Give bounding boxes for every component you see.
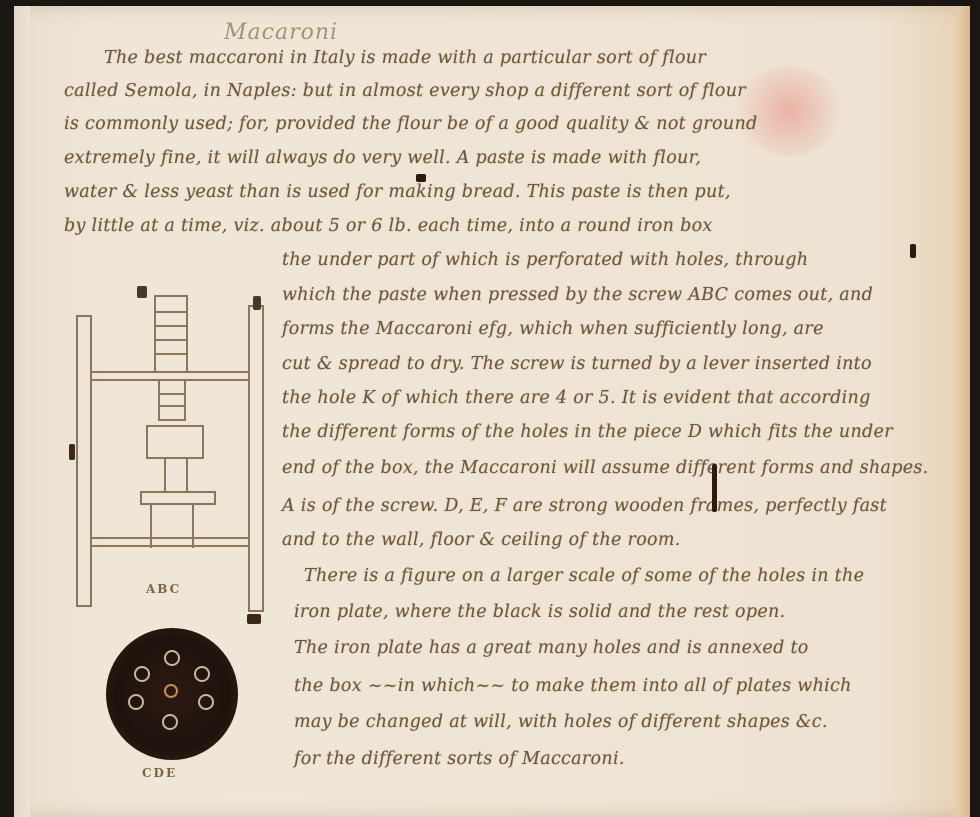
text-line: end of the box, the Maccaroni will assum… [282,458,929,478]
text-line: forms the Maccaroni efg, which when suff… [282,319,824,339]
text-line: A is of the screw. D, E, F are strong wo… [282,496,887,516]
plate-hole [194,666,210,682]
ink-blot [910,244,916,258]
text-line: There is a figure on a larger scale of s… [304,566,864,586]
macaroni-press-drawing [69,276,284,626]
text-line: the box ~~in which~~ to make them into a… [294,676,852,696]
text-line: cut & spread to dry. The screw is turned… [282,354,872,374]
perforated-plate-drawing [106,628,238,760]
text-line: and to the wall, floor & ceiling of the … [282,530,681,550]
text-line: for the different sorts of Maccaroni. [294,749,625,769]
press-figure-caption: ABC [146,582,181,596]
text-line: the different forms of the holes in the … [282,422,893,442]
text-line: water & less yeast than is used for maki… [64,182,731,202]
plate-hole [162,714,178,730]
text-line: by little at a time, viz. about 5 or 6 l… [64,216,713,236]
text-line: may be changed at will, with holes of di… [294,712,828,732]
page-title: Macaroni [224,20,338,45]
text-line: The best maccaroni in Italy is made with… [104,48,706,68]
plate-hole [128,694,144,710]
plate-hole [164,684,178,698]
plate-hole [164,650,180,666]
manuscript-page: Macaroni The best maccaroni in Italy is … [14,6,970,817]
red-stain [734,66,844,156]
text-line: The iron plate has a great many holes an… [294,638,809,658]
plate-hole [198,694,214,710]
text-line: the under part of which is perforated wi… [282,250,808,270]
text-line: iron plate, where the black is solid and… [294,602,785,622]
plate-figure-caption: CDE [142,766,177,780]
ink-blot [712,464,717,512]
plate-hole [134,666,150,682]
text-line: the hole K of which there are 4 or 5. It… [282,388,871,408]
page-edge [14,6,30,817]
text-line: is commonly used; for, provided the flou… [64,114,758,134]
text-line: which the paste when pressed by the scre… [282,285,873,305]
text-line: extremely fine, it will always do very w… [64,148,701,168]
ink-blot [416,174,426,182]
text-line: called Semola, in Naples: but in almost … [64,81,746,101]
